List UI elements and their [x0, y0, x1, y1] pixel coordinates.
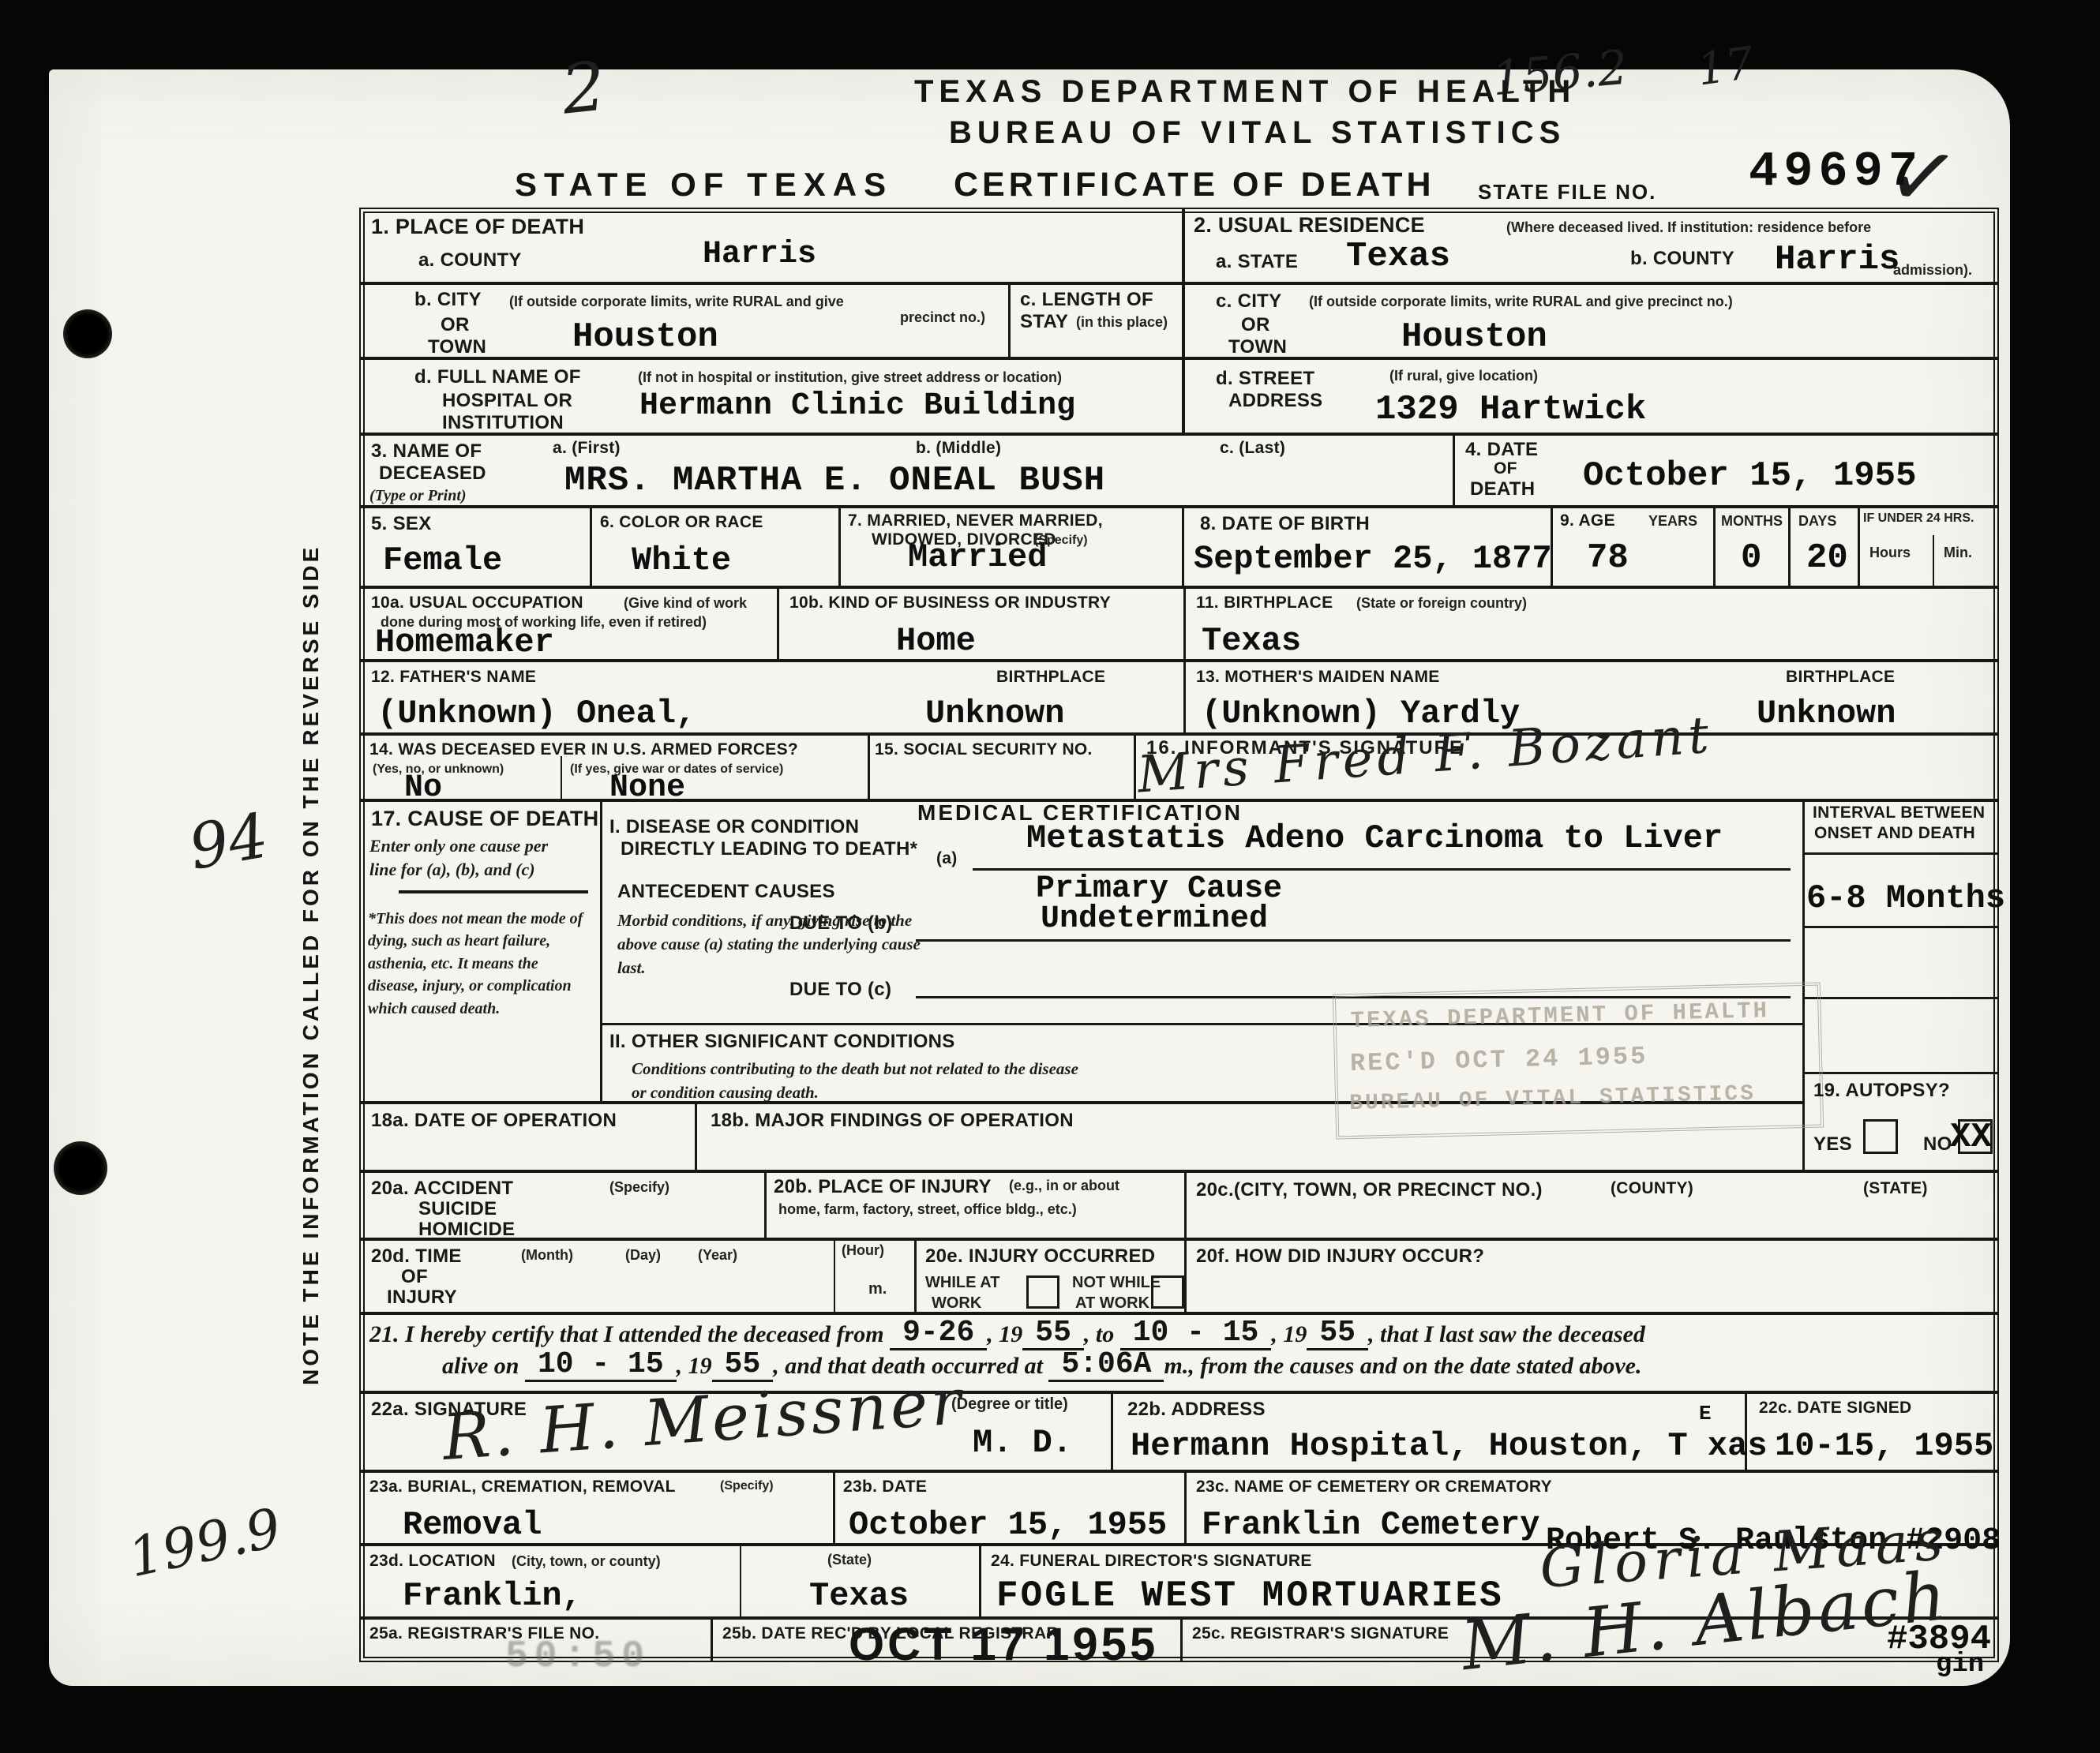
injury-m-label: m. — [868, 1280, 887, 1298]
registrar-file-value: 50:50 — [505, 1635, 651, 1678]
place-city-value: Houston — [572, 317, 718, 357]
dod-label2: OF — [1494, 459, 1517, 478]
interval-label1: INTERVAL BETWEEN — [1813, 803, 1985, 822]
not-while-label: NOT WHILE — [1072, 1274, 1161, 1292]
residence-note: (Where deceased lived. If institution: r… — [1506, 219, 1871, 236]
father-birthplace-value: Unknown — [925, 695, 1064, 732]
time-of-injury-label3: INJURY — [387, 1287, 457, 1309]
cod-note1b: line for (a), (b), and (c) — [369, 857, 535, 882]
disease-label2: DIRECTLY LEADING TO DEATH* — [621, 838, 917, 860]
dob-label: 8. DATE OF BIRTH — [1200, 513, 1370, 535]
stay-note: (in this place) — [1076, 314, 1168, 331]
place-town: TOWN — [428, 336, 486, 358]
burial-date-value: October 15, 1955 — [849, 1506, 1167, 1544]
certify-from-date: 9-26 — [890, 1318, 987, 1350]
other-conditions-label: II. OTHER SIGNIFICANT CONDITIONS — [609, 1031, 955, 1053]
stay-label2: STAY — [1020, 311, 1068, 333]
handwritten-94: 94 — [184, 800, 273, 884]
certify-to-date: 10 - 15 — [1120, 1318, 1272, 1350]
header-agency-line1: TEXAS DEPARTMENT OF HEALTH — [914, 74, 1576, 110]
certify-l1c: , to — [1084, 1321, 1114, 1347]
margin-reverse-side-note: NOTE THE INFORMATION CALLED FOR ON THE R… — [298, 426, 324, 1385]
injury-state-label: (STATE) — [1863, 1179, 1928, 1198]
funeral-director-label: 24. FUNERAL DIRECTOR'S SIGNATURE — [991, 1552, 1312, 1571]
stamp-line3: BUREAU OF VITAL STATISTICS — [1349, 1082, 1756, 1117]
age-label: 9. AGE — [1560, 511, 1615, 530]
date-received-stamp: OCT 17 1955 — [849, 1618, 1158, 1671]
marital-label1: 7. MARRIED, NEVER MARRIED, — [848, 511, 1103, 530]
occupation-label: 10a. USUAL OCCUPATION — [371, 594, 583, 612]
residence-state-value: Texas — [1346, 237, 1450, 276]
first-name-label: a. (First) — [553, 439, 621, 458]
accident-label2: SUICIDE — [418, 1198, 497, 1220]
degree-value: M. D. — [973, 1424, 1072, 1462]
header-agency-line2: BUREAU OF VITAL STATISTICS — [949, 115, 1566, 151]
deceased-name-value: MRS. MARTHA E. ONEAL BUSH — [564, 461, 1105, 500]
hole-punch-top — [63, 309, 112, 358]
funeral-director-value: FOGLE WEST MORTUARIES — [996, 1575, 1504, 1616]
while-at-work-checkbox — [1026, 1275, 1059, 1309]
residence-note2: admission). — [1893, 262, 1972, 279]
sex-value: Female — [383, 541, 502, 579]
dod-label3: DEATH — [1470, 478, 1535, 500]
received-stamp: TEXAS DEPARTMENT OF HEALTH REC'D OCT 24 … — [1333, 982, 1824, 1139]
underline-due-b — [916, 939, 1791, 942]
scanned-death-certificate: 2 156.2 17 ✓ TEXAS DEPARTMENT OF HEALTH … — [0, 0, 2100, 1753]
injury-year-label: (Year) — [698, 1247, 737, 1264]
work-label: WORK — [932, 1294, 981, 1313]
cemetery-label: 23c. NAME OF CEMETERY OR CREMATORY — [1196, 1478, 1552, 1496]
hole-punch-bottom — [54, 1141, 107, 1195]
certify-from-year: 55 — [1022, 1318, 1084, 1350]
mother-birthplace-value: Unknown — [1757, 695, 1896, 732]
occupation-value: Homemaker — [375, 624, 554, 661]
residence-county-label: b. COUNTY — [1630, 248, 1734, 270]
location-value: Franklin, — [403, 1577, 582, 1615]
stay-label: c. LENGTH OF — [1020, 289, 1153, 311]
hospital-value: Hermann Clinic Building — [639, 388, 1075, 424]
injury-hour-label: (Hour) — [842, 1242, 884, 1259]
certify-l1d: , 19 — [1271, 1321, 1307, 1347]
place-or: OR — [441, 314, 470, 336]
father-birthplace-label: BIRTHPLACE — [996, 668, 1105, 687]
header-state: STATE OF TEXAS — [515, 166, 893, 204]
certify-death-time: 5:06A — [1048, 1350, 1164, 1382]
undetermined-value: Undetermined — [1041, 901, 1268, 937]
location-state-note: (State) — [827, 1552, 872, 1568]
deceased-label3: (Type or Print) — [369, 485, 467, 507]
age-years-value: 78 — [1587, 538, 1629, 578]
stamp-line2: REC'D OCT 24 1955 — [1350, 1042, 1648, 1078]
marital-value: Married — [908, 538, 1047, 576]
middle-name-label: b. (Middle) — [916, 439, 1001, 458]
industry-value: Home — [896, 622, 976, 660]
injury-county-label: (COUNTY) — [1611, 1179, 1693, 1198]
cod-note1: Enter only one cause per — [369, 833, 548, 858]
residence-title: 2. USUAL RESIDENCE — [1194, 213, 1425, 238]
cause-of-death-title: 17. CAUSE OF DEATH — [371, 807, 598, 831]
location-note: (City, town, or county) — [512, 1553, 661, 1570]
cod-small-rule — [399, 890, 588, 893]
certify-line2: alive on 10 - 15, 1955, and that death o… — [442, 1351, 1641, 1384]
residence-city-note: (If outside corporate limits, write RURA… — [1309, 294, 1733, 310]
autopsy-label: 19. AUTOPSY? — [1813, 1080, 1950, 1102]
cause-a-value: Metastatis Adeno Carcinoma to Liver — [1026, 819, 1723, 857]
autopsy-yes-checkbox — [1863, 1119, 1898, 1154]
due-to-c-label: DUE TO (c) — [789, 979, 891, 1001]
other-conditions-note: Conditions contributing to the death but… — [632, 1058, 1089, 1105]
hospital-label: d. FULL NAME OF — [414, 366, 581, 388]
burial-label: 23a. BURIAL, CREMATION, REMOVAL — [369, 1478, 676, 1496]
injury-month-label: (Month) — [521, 1247, 573, 1264]
street-note: (If rural, give location) — [1389, 368, 1538, 384]
father-label: 12. FATHER'S NAME — [371, 668, 536, 687]
street-label2: ADDRESS — [1228, 390, 1322, 412]
birthplace-label: 11. BIRTHPLACE — [1196, 594, 1333, 612]
date-signed-label: 22c. DATE SIGNED — [1759, 1399, 1911, 1418]
birthplace-note: (State or foreign country) — [1356, 595, 1527, 612]
injury-city-label: 20c.(CITY, TOWN, OR PRECINCT NO.) — [1196, 1179, 1543, 1201]
dob-value: September 25, 1877 — [1194, 540, 1552, 578]
street-value: 1329 Hartwick — [1375, 390, 1646, 429]
place-city-label: b. CITY — [414, 289, 482, 311]
place-of-injury-note1: (e.g., in or about — [1009, 1178, 1119, 1194]
age-days-label: DAYS — [1798, 513, 1836, 530]
place-county-value: Harris — [703, 237, 816, 272]
accident-note: (Specify) — [609, 1179, 669, 1196]
certify-l1b: , 19 — [987, 1321, 1022, 1347]
registrar-initials: gin — [1936, 1650, 1984, 1680]
certify-l1a: 21. I hereby certify that I attended the… — [369, 1321, 884, 1347]
burial-note: (Specify) — [720, 1479, 774, 1493]
industry-label: 10b. KIND OF BUSINESS OR INDUSTRY — [789, 594, 1111, 612]
occupation-note1: (Give kind of work — [624, 595, 747, 612]
state-file-no-value: 49697 — [1749, 144, 1923, 200]
mother-birthplace-label: BIRTHPLACE — [1786, 668, 1895, 687]
hours-label: Hours — [1869, 545, 1911, 561]
certify-l1e: , that I last saw the deceased — [1368, 1321, 1645, 1347]
accident-label3: HOMICIDE — [418, 1219, 515, 1241]
interval-label2: ONSET AND DEATH — [1814, 824, 1975, 843]
cod-note2: *This does not mean the mode of dying, s… — [368, 908, 592, 1020]
age-days-value: 20 — [1806, 538, 1848, 578]
not-while-at-work-checkbox — [1151, 1275, 1184, 1309]
birthplace-value: Texas — [1202, 622, 1301, 660]
operation-date-label: 18a. DATE OF OPERATION — [371, 1110, 617, 1132]
certify-l2a: alive on — [442, 1353, 519, 1379]
hospital-note: (If not in hospital or institution, give… — [638, 369, 1062, 386]
place-city-note2: precinct no.) — [900, 309, 985, 326]
while-at-label: WHILE AT — [925, 1274, 999, 1292]
hospital-label2: HOSPITAL OR — [442, 390, 572, 412]
stamp-line1: TEXAS DEPARTMENT OF HEALTH — [1350, 998, 1769, 1034]
autopsy-no-mark: XX — [1950, 1118, 1992, 1157]
degree-label: (Degree or title) — [951, 1395, 1068, 1414]
disease-a-label: (a) — [936, 849, 958, 868]
time-of-injury-label2: OF — [401, 1266, 428, 1288]
cemetery-value: Franklin Cemetery — [1202, 1506, 1539, 1544]
min-label: Min. — [1944, 545, 1972, 561]
place-of-injury-label: 20b. PLACE OF INJURY — [774, 1176, 992, 1198]
under-24hrs-label: IF UNDER 24 HRS. — [1863, 511, 1974, 526]
place-county-label: a. COUNTY — [418, 249, 522, 272]
deceased-label1: 3. NAME OF — [371, 440, 482, 463]
sex-label: 5. SEX — [371, 513, 432, 535]
underline-cause-a — [973, 868, 1791, 871]
burial-value: Removal — [403, 1506, 542, 1544]
autopsy-no-label: NO — [1923, 1133, 1952, 1156]
how-injury-label: 20f. HOW DID INJURY OCCUR? — [1196, 1245, 1484, 1268]
certify-alive-date: 10 - 15 — [525, 1350, 677, 1382]
residence-or: OR — [1241, 314, 1270, 336]
disease-label1: I. DISEASE OR CONDITION — [609, 816, 859, 838]
autopsy-yes-label: YES — [1813, 1133, 1852, 1156]
race-value: White — [632, 541, 731, 579]
residence-town: TOWN — [1228, 336, 1287, 358]
date-signed-value: 10-15, 1955 — [1775, 1427, 1993, 1465]
address-superscript: E — [1699, 1402, 1712, 1425]
location-label: 23d. LOCATION — [369, 1552, 496, 1571]
mother-label: 13. MOTHER'S MAIDEN NAME — [1196, 668, 1440, 687]
time-of-injury-label1: 20d. TIME — [371, 1245, 462, 1268]
father-value: (Unknown) Oneal, — [377, 695, 696, 732]
at-work-label: AT WORK — [1075, 1294, 1149, 1313]
residence-city-value: Houston — [1401, 317, 1547, 357]
place-title: 1. PLACE OF DEATH — [371, 215, 584, 239]
burial-date-label: 23b. DATE — [843, 1478, 927, 1496]
place-city-note: (If outside corporate limits, write RURA… — [509, 294, 844, 310]
place-of-injury-note2: home, farm, factory, street, office bldg… — [778, 1201, 1077, 1218]
certify-l2d: m., from the causes and on the date stat… — [1164, 1353, 1641, 1379]
header-title: CERTIFICATE OF DEATH — [954, 166, 1435, 204]
handwritten-number: 2 — [558, 47, 609, 129]
residence-county-value: Harris — [1775, 240, 1899, 279]
deceased-label2: DECEASED — [379, 463, 486, 485]
accident-label1: 20a. ACCIDENT — [371, 1178, 513, 1200]
certify-l2b: , 19 — [677, 1353, 712, 1379]
armed-forces-value1: No — [404, 770, 442, 806]
dod-label1: 4. DATE — [1465, 439, 1538, 461]
armed-forces-label: 14. WAS DECEASED EVER IN U.S. ARMED FORC… — [369, 740, 798, 759]
ssn-label: 15. SOCIAL SECURITY NO. — [875, 740, 1093, 759]
antecedent-label: ANTECEDENT CAUSES — [617, 881, 835, 903]
location-state-value: Texas — [809, 1577, 909, 1615]
address-value: Hermann Hospital, Houston, T xas — [1131, 1427, 1768, 1465]
age-months-label: MONTHS — [1721, 513, 1783, 530]
street-label: d. STREET — [1216, 368, 1314, 390]
race-label: 6. COLOR OR RACE — [600, 513, 763, 532]
armed-forces-value2: None — [609, 770, 685, 806]
injury-occurred-label: 20e. INJURY OCCURRED — [925, 1245, 1155, 1268]
registrar-sig-label: 25c. REGISTRAR'S SIGNATURE — [1192, 1624, 1449, 1643]
interval-value: 6-8 Months — [1806, 879, 2005, 917]
residence-state-label: a. STATE — [1216, 251, 1298, 273]
state-file-no-label: STATE FILE NO. — [1478, 180, 1656, 204]
address-label: 22b. ADDRESS — [1127, 1399, 1266, 1421]
age-years-label: YEARS — [1648, 513, 1697, 530]
operation-findings-label: 18b. MAJOR FINDINGS OF OPERATION — [711, 1110, 1074, 1132]
dod-value: October 15, 1955 — [1583, 456, 1916, 496]
certify-to-year: 55 — [1307, 1318, 1368, 1350]
age-months-value: 0 — [1741, 538, 1761, 578]
handwritten-page: 17 — [1694, 37, 1757, 96]
due-to-b-label: DUE TO (b) — [789, 912, 893, 935]
residence-city-label: c. CITY — [1216, 290, 1281, 313]
last-name-label: c. (Last) — [1220, 439, 1285, 458]
hospital-label3: INSTITUTION — [442, 412, 564, 434]
injury-day-label: (Day) — [625, 1247, 661, 1264]
certify-alive-year: 55 — [712, 1350, 774, 1382]
